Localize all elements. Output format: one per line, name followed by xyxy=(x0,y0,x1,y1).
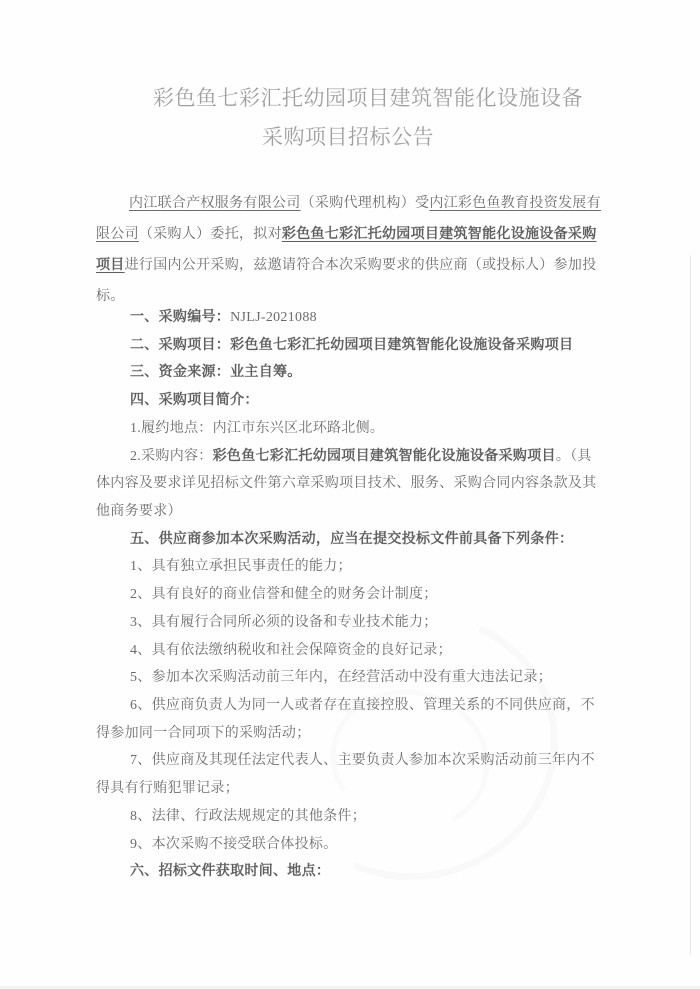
intro-body-tail: 标。 xyxy=(96,289,125,304)
condition-7-line2-text: 得具有行贿犯罪记录； xyxy=(96,781,239,796)
agency-name: 内江联合产权服务有限公司 xyxy=(129,196,301,211)
condition-8: 8、法律、行政法规规定的其他条件； xyxy=(130,807,366,827)
detail-procurement-content-line2: 体内容及要求详见招标文件第六章采购项目技术、服务、采购合同内容条款及其 xyxy=(96,474,597,494)
condition-8-text: 8、法律、行政法规规定的其他条件； xyxy=(130,809,366,824)
condition-3: 3、具有履行合同所必须的设备和专业技术能力； xyxy=(130,613,438,633)
document-title-line2: 采购项目招标公告 xyxy=(262,123,434,151)
content-line2-text: 体内容及要求详见招标文件第六章采购项目技术、服务、采购合同内容条款及其 xyxy=(96,476,597,491)
project-name-part1: 彩色鱼七彩汇托幼园项目建筑智能化设施设备采购 xyxy=(282,227,597,242)
detail-procurement-content-line3: 他商务要求） xyxy=(96,502,182,522)
fund-source-text: 三、资金来源：业主自筹。 xyxy=(130,365,302,380)
performance-location-text: 1.履约地点：内江市东兴区北环路北侧。 xyxy=(130,421,384,436)
condition-2: 2、具有良好的商业信誉和健全的财务会计制度； xyxy=(130,585,438,605)
condition-5-text: 5、参加本次采购活动前三年内，在经营活动中没有重大违法记录； xyxy=(130,670,552,685)
procurement-number-value: NJLJ-2021088 xyxy=(230,310,317,325)
condition-4-text: 4、具有依法缴纳税收和社会保障资金的良好记录； xyxy=(130,643,452,658)
project-name-part2: 项目 xyxy=(96,258,125,273)
heading-supplier-conditions: 五、供应商参加本次采购活动，应当在提交投标文件前具备下列条件： xyxy=(130,530,573,550)
scan-edge-line xyxy=(690,255,691,955)
intro-line-2: 限公司（采购人）委托，拟对彩色鱼七彩汇托幼园项目建筑智能化设施设备采购 xyxy=(96,225,597,245)
purchaser-name-part1: 内江彩色鱼教育投资发展有 xyxy=(429,196,601,211)
condition-2-text: 2、具有良好的商业信誉和健全的财务会计制度； xyxy=(130,587,438,602)
condition-7-line2: 得具有行贿犯罪记录； xyxy=(96,779,239,799)
agency-role: （采购代理机构）受 xyxy=(301,196,430,211)
supplier-conditions-text: 五、供应商参加本次采购活动，应当在提交投标文件前具备下列条件： xyxy=(130,532,573,547)
purchaser-role: （采购人）委托，拟对 xyxy=(139,227,282,242)
document-page: 彩色鱼七彩汇托幼园项目建筑智能化设施设备 采购项目招标公告 内江联合产权服务有限… xyxy=(0,0,700,989)
content-tail: 。（具 xyxy=(556,449,592,464)
item-procurement-project: 二、采购项目：彩色鱼七彩汇托幼园项目建筑智能化设施设备采购项目 xyxy=(130,336,573,356)
condition-5: 5、参加本次采购活动前三年内，在经营活动中没有重大违法记录； xyxy=(130,668,552,688)
condition-6-line1: 6、供应商负责人为同一人或者存在直接控股、管理关系的不同供应商，不 xyxy=(130,696,595,716)
title-text-1: 彩色鱼七彩汇托幼园项目建筑智能化设施设备 xyxy=(153,86,583,110)
intro-line-3: 项目进行国内公开采购，兹邀请符合本次采购要求的供应商（或投标人）参加投 xyxy=(96,256,597,276)
condition-6-line1-text: 6、供应商负责人为同一人或者存在直接控股、管理关系的不同供应商，不 xyxy=(130,698,595,713)
condition-6-line2-text: 得参加同一合同项下的采购活动； xyxy=(96,726,311,741)
procurement-number-label: 一、采购编号： xyxy=(130,310,230,325)
item-fund-source: 三、资金来源：业主自筹。 xyxy=(130,363,302,383)
content-label: 2.采购内容： xyxy=(130,449,213,464)
condition-1: 1、具有独立承担民事责任的能力； xyxy=(130,557,352,577)
condition-7-line1: 7、供应商及其现任法定代表人、主要负责人参加本次采购活动前三年内不 xyxy=(130,751,595,771)
procurement-project-text: 二、采购项目：彩色鱼七彩汇托幼园项目建筑智能化设施设备采购项目 xyxy=(130,338,573,353)
condition-4: 4、具有依法缴纳税收和社会保障资金的良好记录； xyxy=(130,641,452,661)
document-title-line1: 彩色鱼七彩汇托幼园项目建筑智能化设施设备 xyxy=(153,84,583,112)
condition-1-text: 1、具有独立承担民事责任的能力； xyxy=(130,559,352,574)
intro-line-4: 标。 xyxy=(96,287,125,307)
condition-3-text: 3、具有履行合同所必须的设备和专业技术能力； xyxy=(130,615,438,630)
heading-bid-document-time-place: 六、招标文件获取时间、地点： xyxy=(130,862,330,882)
content-line3-text: 他商务要求） xyxy=(96,504,182,519)
bid-document-heading-text: 六、招标文件获取时间、地点： xyxy=(130,864,330,879)
intro-body-text: 进行国内公开采购，兹邀请符合本次采购要求的供应商（或投标人）参加投 xyxy=(125,258,597,273)
project-brief-text: 四、采购项目简介： xyxy=(130,393,259,408)
purchaser-name-part2: 限公司 xyxy=(96,227,139,242)
condition-7-line1-text: 7、供应商及其现任法定代表人、主要负责人参加本次采购活动前三年内不 xyxy=(130,753,595,768)
intro-line-1: 内江联合产权服务有限公司（采购代理机构）受内江彩色鱼教育投资发展有 xyxy=(129,194,601,214)
item-procurement-number: 一、采购编号：NJLJ-2021088 xyxy=(130,308,317,328)
detail-performance-location: 1.履约地点：内江市东兴区北环路北侧。 xyxy=(130,419,384,439)
title-text-2: 采购项目招标公告 xyxy=(262,125,434,149)
content-project-name: 彩色鱼七彩汇托幼园项目建筑智能化设施设备采购项目 xyxy=(213,449,556,464)
condition-6-line2: 得参加同一合同项下的采购活动； xyxy=(96,724,311,744)
detail-procurement-content-line1: 2.采购内容：彩色鱼七彩汇托幼园项目建筑智能化设施设备采购项目。（具 xyxy=(130,447,592,467)
condition-9-text: 9、本次采购不接受联合体投标。 xyxy=(130,837,338,852)
condition-9: 9、本次采购不接受联合体投标。 xyxy=(130,835,338,855)
item-project-brief-heading: 四、采购项目简介： xyxy=(130,391,259,411)
